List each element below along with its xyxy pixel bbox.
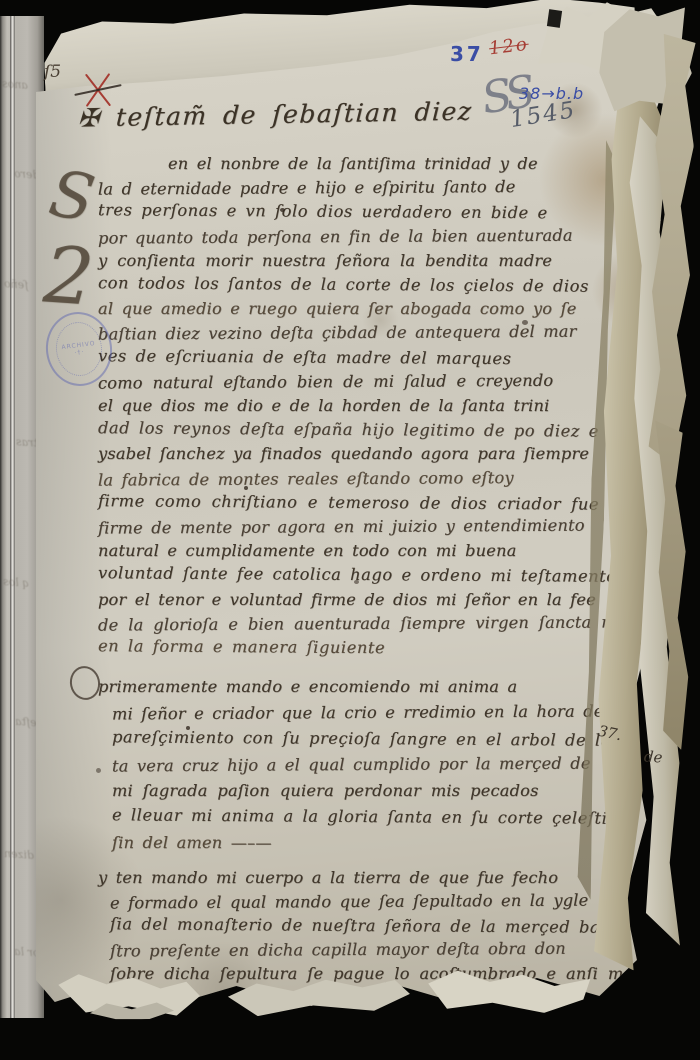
manuscript-line: tres perſonas e vn ſolo dios uerdadero e…	[98, 199, 614, 227]
ink-strike-stroke	[74, 84, 121, 96]
manuscript-line: dad los reynos deſta eſpaña hijo legitim…	[98, 416, 614, 444]
bleed-through-text: q los	[3, 575, 30, 590]
ink-blot	[186, 726, 190, 730]
manuscript-line: en la forma e manera ſiguiente	[98, 634, 614, 662]
margin-flourish: S	[44, 157, 100, 237]
ink-blot	[354, 580, 359, 584]
ink-blot	[280, 208, 285, 212]
manuscript-page: ✠ teſtam̃ de ſebaſtian diez S 2 en el no…	[36, 20, 662, 1020]
right-margin-fragment: de	[643, 747, 663, 766]
manuscript-line: con todos los ſantos de la corte de los …	[98, 271, 614, 299]
manuscript-line: ysabel ſanchez ya finados quedando agora…	[98, 442, 614, 466]
manuscript-line: ta vera cruz hijo a el qual cumplido por…	[98, 751, 614, 780]
ink-blot	[96, 768, 101, 773]
paragraph-invocation: en el nonbre de la ſantiſima trinidad y …	[98, 152, 614, 660]
manuscript-line: al que amedio e ruego quiera ſer abogada…	[98, 297, 614, 321]
manuscript-line: y ten mando mi cuerpo a la tierra de que…	[98, 866, 614, 890]
ink-blot	[244, 486, 248, 490]
manuscript-line: ſin del amen —–—	[98, 830, 614, 856]
corner-mark: ſ5	[44, 62, 61, 82]
manuscript-line: por quanto toda perſona en fin de la bie…	[98, 223, 614, 250]
photo-backdrop: anos dero ſeño tras q los meſta dizen po…	[0, 0, 700, 1060]
paragraph-anima-bequest: primeramente mando e encomiendo mi anima…	[98, 674, 614, 856]
manuscript-line: como natural eſtando bien de mi ſalud e …	[98, 368, 614, 395]
manuscript-line: y conſienta morir nuestra ſeñora la bend…	[98, 249, 614, 273]
manuscript-line: e lleuar mi anima a la gloria ſanta en ſ…	[98, 802, 614, 832]
manuscript-line: mi ſeñor e criador que la crio e rredimi…	[98, 699, 614, 728]
collation-cross-mark	[78, 66, 118, 112]
manuscript-line: ſtro preſente en dicha capilla mayor deſ…	[98, 937, 614, 964]
bleed-through-text: dizen	[4, 847, 35, 862]
manuscript-line: baſtian diez vezino deſta çibdad de ante…	[98, 320, 614, 347]
document-title: ✠ teſtam̃ de ſebaſtian diez	[77, 97, 473, 134]
manuscript-line: voluntad ſante fee catolica hago e orden…	[98, 562, 614, 590]
manuscript-line: primeramente mando e encomiendo mi anima…	[98, 674, 614, 700]
stamp-inner-ring	[53, 319, 105, 378]
manuscript-line: de la glorioſa e bien auenturada ſiempre…	[98, 610, 614, 637]
bleed-through-text: anos	[2, 77, 29, 92]
manuscript-line: el que dios me dio e de la horden de la …	[98, 394, 614, 418]
manuscript-line: la fabrica de montes reales eſtando como…	[98, 465, 614, 492]
ink-blot	[522, 320, 528, 325]
margin-flourish: 2	[41, 230, 97, 323]
manuscript-line: ves de eſcriuania de eſta madre del marq…	[98, 344, 614, 372]
manuscript-line: por el tenor e voluntad firme de dios mi…	[98, 588, 614, 612]
manuscript-line: firme como chriſtiano e temeroso de dios…	[98, 489, 614, 517]
manuscript-line: natural e cumplidamente en todo con mi b…	[98, 539, 614, 563]
manuscript-line: en el nonbre de la ſantiſima trinidad y …	[98, 152, 614, 176]
edge-tear-notch	[547, 9, 562, 28]
manuscript-line: mi ſagrada paſion quiera perdonar mis pe…	[98, 778, 614, 804]
manuscript-text-block: en el nonbre de la ſantiſima trinidad y …	[98, 152, 614, 986]
bleed-through-text: ſeño	[4, 277, 29, 292]
manuscript-line: firme de mente por agora en mi juizio y …	[98, 513, 614, 540]
folio-number-37: 37	[450, 42, 484, 66]
paragraph-burial-clause: y ten mando mi cuerpo a la tierra de que…	[98, 866, 614, 986]
bleed-through-text: dero	[14, 167, 40, 182]
bleed-through-text: tras	[16, 435, 39, 449]
manuscript-line: pareſçimiento con ſu preçioſa ſangre en …	[98, 724, 614, 754]
